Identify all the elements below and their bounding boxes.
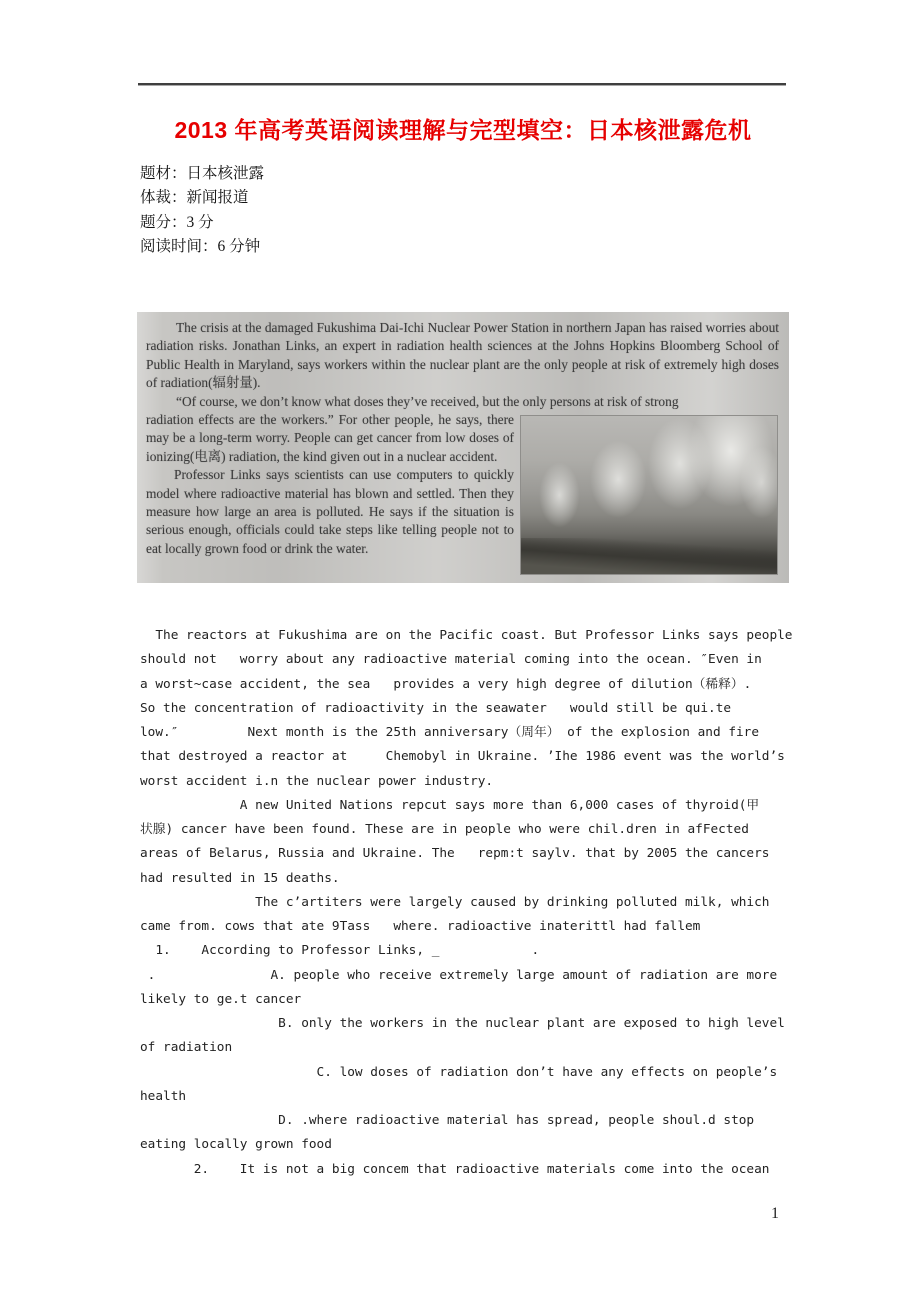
body-line: low.″ Next month is the 25th anniversary… <box>140 721 800 745</box>
option-c-line-2: health <box>140 1085 800 1109</box>
body-line: A new United Nations repcut says more th… <box>140 794 800 818</box>
scanned-article: The crisis at the damaged Fukushima Dai-… <box>137 312 789 583</box>
body-line: The c’artiters were largely caused by dr… <box>140 891 800 915</box>
option-b-line: B. only the workers in the nuclear plant… <box>140 1012 800 1036</box>
question-2-line: 2. It is not a big concem that radioacti… <box>140 1158 800 1182</box>
scan-text-column: radiation effects are the workers.” For … <box>146 411 514 558</box>
option-d-line-2: eating locally grown food <box>140 1133 800 1157</box>
body-line: a worst~case accident, the sea provides … <box>140 673 800 697</box>
nuclear-plant-photo <box>520 415 778 575</box>
page-title: 2013 年高考英语阅读理解与完型填空：日本核泄露危机 <box>138 116 788 144</box>
meta-line-genre: 体裁：新闻报道 <box>140 186 264 210</box>
document-page: 2013 年高考英语阅读理解与完型填空：日本核泄露危机 题材：日本核泄露 体裁：… <box>0 0 920 1302</box>
body-line: So the concentration of radioactivity in… <box>140 697 800 721</box>
page-number: 1 <box>771 1205 779 1223</box>
body-line: 状腺) cancer have been found. These are in… <box>140 818 800 842</box>
exam-body-text: The reactors at Fukushima are on the Pac… <box>140 624 800 1182</box>
body-line: The reactors at Fukushima are on the Pac… <box>140 624 800 648</box>
scan-paragraph-2-cont: radiation effects are the workers.” For … <box>146 411 514 466</box>
option-a-line-2: likely to ge.t cancer <box>140 988 800 1012</box>
body-line: had resulted in 15 deaths. <box>140 867 800 891</box>
option-c-line: C. low doses of radiation don’t have any… <box>140 1061 800 1085</box>
body-line: areas of Belarus, Russia and Ukraine. Th… <box>140 842 800 866</box>
body-line: worst accident i.n the nuclear power ind… <box>140 770 800 794</box>
body-line: that destroyed a reactor at Chemobyl in … <box>140 745 800 769</box>
body-line: came from. cows that ate 9Tass where. ra… <box>140 915 800 939</box>
scan-paragraph-2-lead: “Of course, we don’t know what doses the… <box>146 393 779 411</box>
meta-block: 题材：日本核泄露 体裁：新闻报道 题分：3 分 阅读时间：6 分钟 <box>140 162 264 259</box>
scan-paragraph-3: Professor Links says scientists can use … <box>146 466 514 558</box>
header-rule <box>138 83 786 86</box>
question-1-line: 1. According to Professor Links, _ . <box>140 939 800 963</box>
option-a-line: . A. people who receive extremely large … <box>140 964 800 988</box>
meta-line-reading-time: 阅读时间：6 分钟 <box>140 235 264 259</box>
body-line: should not worry about any radioactive m… <box>140 648 800 672</box>
meta-line-topic: 题材：日本核泄露 <box>140 162 264 186</box>
option-d-line: D. .where radioactive material has sprea… <box>140 1109 800 1133</box>
scan-paragraph-1: The crisis at the damaged Fukushima Dai-… <box>146 319 779 393</box>
meta-line-score: 题分：3 分 <box>140 211 264 235</box>
option-b-line-2: of radiation <box>140 1036 800 1060</box>
